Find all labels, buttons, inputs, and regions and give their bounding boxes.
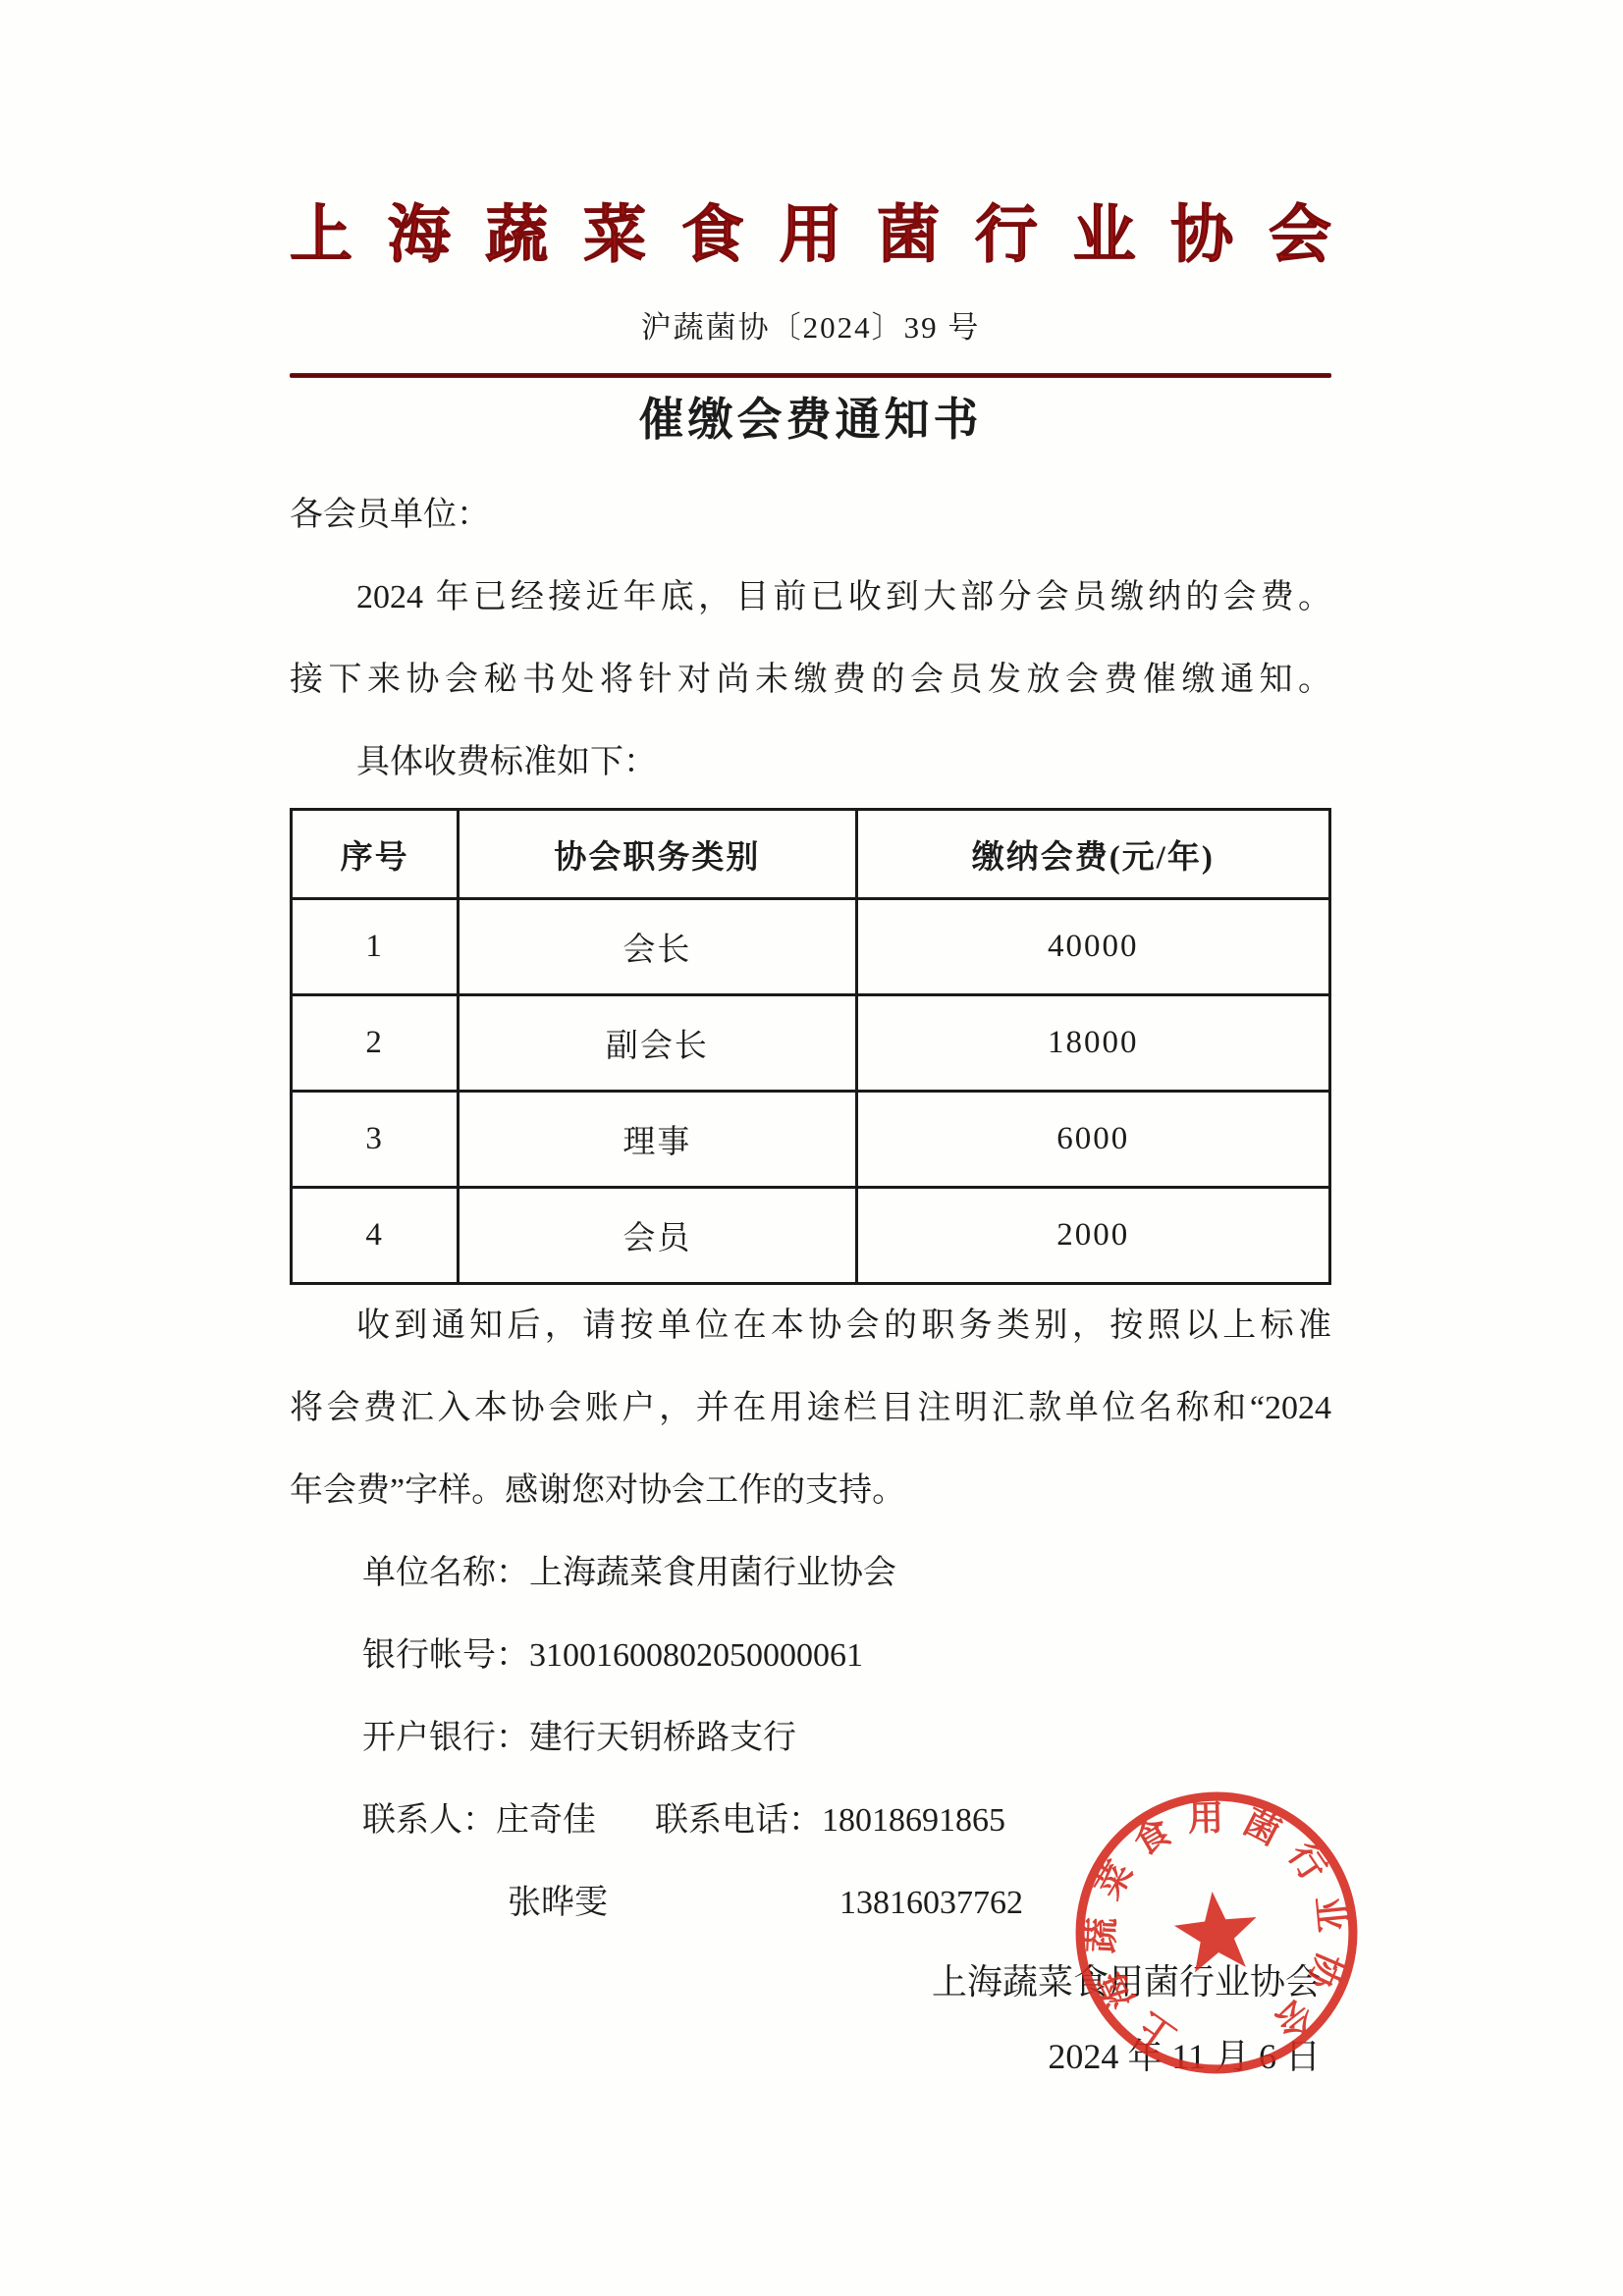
signature-org: 上海蔬菜食用菌行业协会 [290,1945,1321,2019]
cell-no: 2 [292,995,459,1092]
letterhead-org-title: 上海蔬菜食用菌行业协会 [290,0,1331,275]
fee-table-header-category: 协会职务类别 [459,810,856,899]
signature-block: 上海蔬菜食用菌行业协会 2024 年 11 月 6 日 [290,1945,1331,2094]
contact-1-name: 庄奇佳 [496,1802,596,1839]
cell-fee: 6000 [856,1092,1329,1188]
bank-account-value: 31001600802050000061 [529,1637,863,1674]
cell-category: 副会长 [459,995,856,1092]
document-content: 上海蔬菜食用菌行业协会 沪蔬菌协〔2024〕39 号 催缴会费通知书 各会员单位… [290,0,1331,2094]
paragraph-2: 具体收费标准如下： [290,721,1331,804]
table-row: 1 会长 40000 [292,899,1330,995]
bank-name-value: 建行天钥桥路支行 [529,1720,796,1756]
cell-fee: 2000 [856,1188,1329,1284]
fee-table-header-row: 序号 协会职务类别 缴纳会费(元/年) [292,810,1330,899]
unit-name-label: 单位名称： [362,1555,529,1591]
contact-line-1: 联系人：庄奇佳联系电话：18018691865 [290,1780,1331,1862]
fee-table-header-fee: 缴纳会费(元/年) [856,810,1329,899]
unit-name-value: 上海蔬菜食用菌行业协会 [529,1555,896,1591]
cell-no: 1 [292,899,459,995]
cell-category: 会员 [459,1188,856,1284]
table-row: 3 理事 6000 [292,1092,1330,1188]
document-page: 上海蔬菜食用菌行业协会 沪蔬菌协〔2024〕39 号 催缴会费通知书 各会员单位… [0,0,1623,2296]
table-row: 2 副会长 18000 [292,995,1330,1092]
payment-unit-line: 单位名称：上海蔬菜食用菌行业协会 [290,1532,1331,1615]
cell-category: 理事 [459,1092,856,1188]
contact-1-phone: 18018691865 [822,1802,1005,1839]
body-text: 各会员单位： 2024 年已经接近年底，目前已收到大部分会员缴纳的会费。 接下来… [290,474,1331,1945]
cell-no: 4 [292,1188,459,1284]
contact-2-phone: 13816037762 [839,1885,1023,1921]
bank-account-label: 银行帐号： [362,1637,529,1674]
contact-label: 联系人： [362,1802,496,1839]
fee-table-header-no: 序号 [292,810,459,899]
cell-category: 会长 [459,899,856,995]
payment-account-line: 银行帐号：31001600802050000061 [290,1615,1331,1697]
document-title: 催缴会费通知书 [290,388,1331,453]
letterhead-rule [290,373,1331,378]
paragraph-1-line-2: 接下来协会秘书处将针对尚未缴费的会员发放会费催缴通知。 [290,639,1331,721]
cell-fee: 18000 [856,995,1329,1092]
paragraph-3-line-2: 将会费汇入本协会账户，并在用途栏目注明汇款单位名称和“2024 [290,1367,1331,1450]
payment-bank-line: 开户银行：建行天钥桥路支行 [290,1697,1331,1780]
cell-no: 3 [292,1092,459,1188]
paragraph-3-line-3: 年会费”字样。感谢您对协会工作的支持。 [290,1450,1331,1532]
bank-name-label: 开户银行： [362,1720,529,1756]
paragraph-1-line-1: 2024 年已经接近年底，目前已收到大部分会员缴纳的会费。 [290,557,1331,639]
contact-line-2: 张晔雯13816037762 [290,1862,1331,1945]
document-number: 沪蔬菌协〔2024〕39 号 [290,308,1331,347]
cell-fee: 40000 [856,899,1329,995]
table-row: 4 会员 2000 [292,1188,1330,1284]
contact-2-name: 张晔雯 [290,1885,608,1921]
fee-table: 序号 协会职务类别 缴纳会费(元/年) 1 会长 40000 2 副会长 180… [290,808,1331,1285]
signature-date: 2024 年 11 月 6 日 [290,2019,1321,2094]
contact-phone-label: 联系电话： [655,1802,822,1839]
salutation: 各会员单位： [290,474,1331,557]
paragraph-3-line-1: 收到通知后，请按单位在本协会的职务类别，按照以上标准 [290,1285,1331,1367]
